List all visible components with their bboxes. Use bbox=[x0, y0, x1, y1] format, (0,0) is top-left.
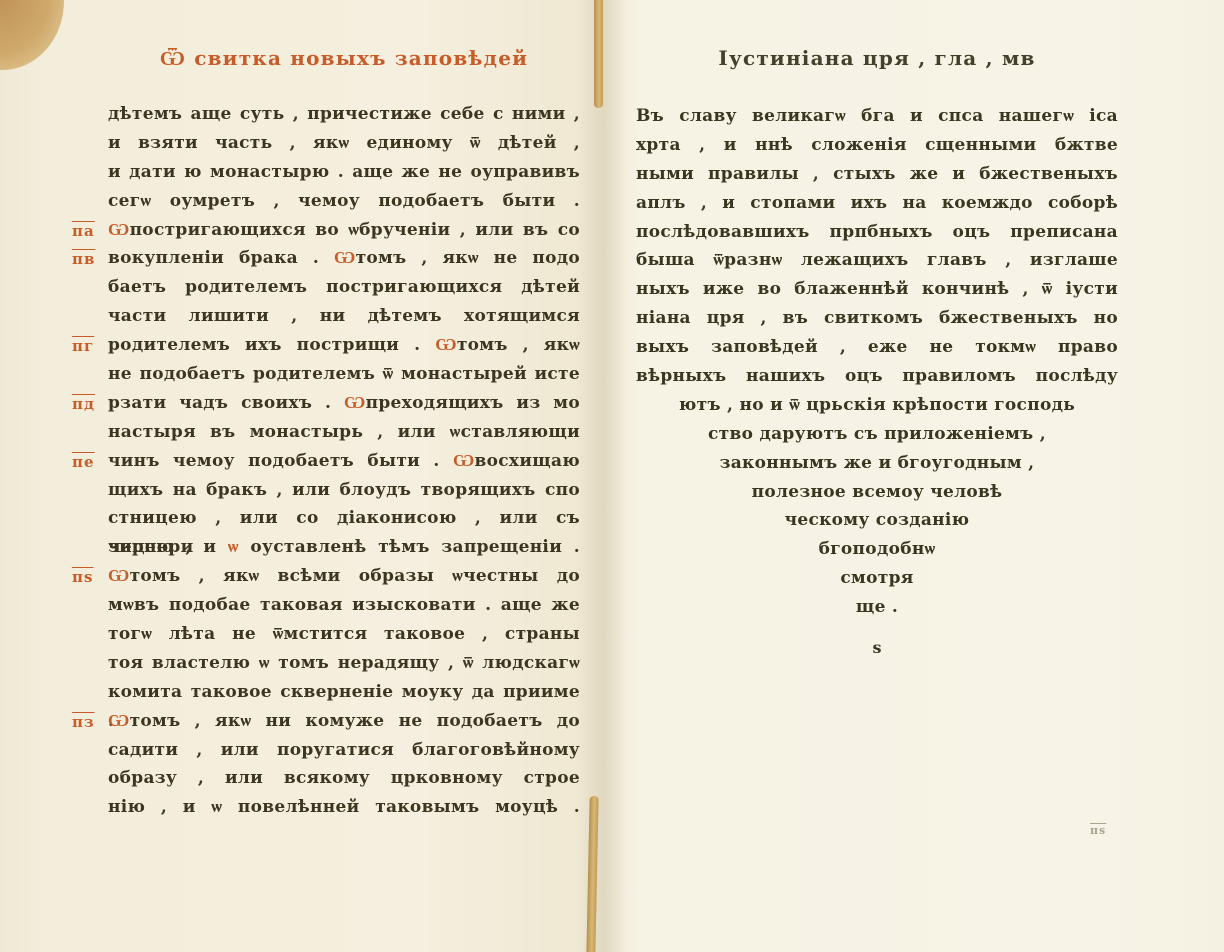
text-line: настыря въ монастырь , или ѡставляющи bbox=[108, 418, 580, 447]
text-segment: щихъ на бракъ , или блоудъ творящихъ спо bbox=[108, 480, 580, 500]
text-line: части лишити , ни дѣтемъ хотящимся bbox=[108, 302, 580, 331]
quire-signature-mark: пѕ bbox=[1090, 824, 1106, 837]
text-segment: ніана цря , въ свиткомъ бжественыхъ но bbox=[636, 308, 1118, 328]
text-line: садити , или поругатися благоговѣйному bbox=[108, 736, 580, 765]
text-segment: томъ , якѡ всѣми образы ѡчестны до bbox=[130, 566, 580, 586]
text-line: ще . bbox=[636, 593, 1118, 622]
text-segment: части лишити , ни дѣтемъ хотящимся bbox=[108, 306, 580, 326]
text-line: ютъ , но и ѿ црьскія крѣпости господь bbox=[636, 391, 1118, 420]
text-line: пдрзати чадъ своихъ . Ѡпреходящихъ из мо bbox=[108, 389, 580, 418]
book-scan-page: { "colors": { "paper_left": "#f3eedb", "… bbox=[0, 0, 1224, 952]
text-line: смотря bbox=[636, 564, 1118, 593]
text-line: комита таковое скверненіе моуку да приим… bbox=[108, 678, 580, 707]
rubricated-initial: Ѡ bbox=[108, 566, 130, 586]
rubricated-initial: Ѡ bbox=[344, 393, 366, 413]
text-line: не подобаетъ родителемъ ѿ монастырей ист… bbox=[108, 360, 580, 389]
text-segment: образу , или всякому црковному строе bbox=[108, 768, 580, 788]
text-segment: чинъ чемоу подобаетъ быти . bbox=[108, 451, 453, 471]
gutter-fold-line-top bbox=[594, 0, 603, 108]
text-segment: ныхъ иже во блаженнѣй кончинѣ , ѿ іусти bbox=[636, 279, 1118, 299]
margin-chapter-number: пд bbox=[72, 390, 95, 419]
text-segment: послѣдовавшихъ прпбныхъ оцъ преписана bbox=[636, 222, 1118, 242]
text-segment: Въ славу великагѡ бга и спса нашегѡ іса bbox=[636, 106, 1118, 126]
text-segment: постригающихся во ѡбрученіи , или въ со bbox=[130, 220, 580, 240]
text-segment: мѡвъ подобае таковая изысковати . аще же bbox=[108, 595, 580, 615]
text-line: ство даруютъ съ приложеніемъ , bbox=[636, 420, 1118, 449]
text-segment: баетъ родителемъ постригающихся дѣтей bbox=[108, 277, 580, 297]
text-line: полезное всемоу человѣ bbox=[636, 478, 1118, 507]
margin-chapter-number: пз bbox=[72, 708, 95, 737]
text-line: тоя властелю ѡ томъ нерадящу , ѿ людскаг… bbox=[108, 649, 580, 678]
text-segment: ство даруютъ съ приложеніемъ , bbox=[708, 424, 1046, 444]
rubricated-initial: Ѡ bbox=[108, 711, 130, 731]
text-segment: преходящихъ из мо bbox=[366, 393, 580, 413]
text-segment: полезное всемоу человѣ bbox=[752, 482, 1003, 502]
text-line: ныхъ иже во блаженнѣй кончинѣ , ѿ іусти bbox=[636, 275, 1118, 304]
margin-chapter-number: па bbox=[72, 217, 95, 246]
text-segment: томъ , якѡ bbox=[457, 335, 580, 355]
text-segment: томъ , якѡ не подо bbox=[356, 248, 580, 268]
text-segment: тогѡ лѣта не ѿмстится таковое , страны bbox=[108, 624, 580, 644]
text-segment: ческому созданію bbox=[785, 510, 970, 530]
text-line: Въ славу великагѡ бга и спса нашегѡ іса bbox=[636, 102, 1118, 131]
text-line: аплъ , и стопами ихъ на коемждо соборѣ bbox=[636, 189, 1118, 218]
text-segment: сегѡ оумретъ , чемоу подобаетъ быти . bbox=[108, 191, 580, 211]
text-segment: садити , или поругатися благоговѣйному bbox=[108, 740, 580, 760]
text-segment: выхъ заповѣдей , еже не токмѡ право bbox=[636, 337, 1118, 357]
text-line: и дати ю монастырю . аще же не оуправивъ bbox=[108, 158, 580, 187]
text-segment: оуставленѣ тѣмъ запрещеніи . bbox=[239, 537, 580, 557]
text-line: пгродителемъ ихъ пострищи . Ѡтомъ , якѡ bbox=[108, 331, 580, 360]
margin-chapter-number: пг bbox=[72, 332, 94, 361]
left-page-text-block: дѣтемъ аще суть , причестиже себе с ними… bbox=[108, 100, 580, 822]
text-segment: ными правилы , стыхъ же и бжественыхъ bbox=[636, 164, 1118, 184]
text-segment: хрта , и ннѣ сложенія сщенными бжтве bbox=[636, 135, 1118, 155]
text-line: образу , или всякому црковному строе bbox=[108, 764, 580, 793]
text-line: баетъ родителемъ постригающихся дѣтей bbox=[108, 273, 580, 302]
text-line: ческому созданію bbox=[636, 506, 1118, 535]
text-line: быша ѿразнѡ лежащихъ главъ , изглаше bbox=[636, 246, 1118, 275]
text-segment: ютъ , но и ѿ црьскія крѣпости господь bbox=[679, 395, 1075, 415]
text-line: выхъ заповѣдей , еже не токмѡ право bbox=[636, 333, 1118, 362]
text-segment: тоя властелю ѡ томъ нерадящу , ѿ людскаг… bbox=[108, 653, 580, 673]
text-segment: законнымъ же и бгоугодным , bbox=[720, 453, 1035, 473]
text-segment: настыря въ монастырь , или ѡставляющи bbox=[108, 422, 580, 442]
rubricated-initial: Ѡ bbox=[108, 220, 130, 240]
text-line: и взяти часть , якѡ единому ѿ дѣтей , bbox=[108, 129, 580, 158]
text-line: мѡвъ подобае таковая изысковати . аще же bbox=[108, 591, 580, 620]
text-segment: смотря bbox=[840, 568, 913, 588]
right-page-running-title: Іустиніана цря , гла , мв bbox=[636, 46, 1118, 70]
text-line: пввокупленіи брака . Ѡтомъ , якѡ не подо bbox=[108, 244, 580, 273]
text-line: нію , и ѡ повелѣнней таковымъ моуцѣ . bbox=[108, 793, 580, 822]
text-line: дѣтемъ аще суть , причестиже себе с ними… bbox=[108, 100, 580, 129]
text-segment: восхищаю bbox=[475, 451, 581, 471]
text-line: ніана цря , въ свиткомъ бжественыхъ но bbox=[636, 304, 1118, 333]
text-line: вѣрныхъ нашихъ оцъ правиломъ послѣду bbox=[636, 362, 1118, 391]
text-line: зицею , и ѡ оуставленѣ тѣмъ запрещеніи . bbox=[108, 533, 580, 562]
end-ornament: ѕ bbox=[636, 638, 1118, 657]
rubricated-initial: Ѡ bbox=[435, 335, 457, 355]
margin-chapter-number: пѕ bbox=[72, 563, 93, 592]
text-line: щихъ на бракъ , или блоудъ творящихъ спо bbox=[108, 476, 580, 505]
text-segment: ще . bbox=[856, 597, 898, 617]
margin-chapter-number: пв bbox=[72, 245, 95, 274]
text-line: законнымъ же и бгоугодным , bbox=[636, 449, 1118, 478]
text-line: сегѡ оумретъ , чемоу подобаетъ быти . bbox=[108, 187, 580, 216]
rubricated-initial: ѡ bbox=[228, 537, 239, 557]
text-line: пзѠтомъ , якѡ ни комуже не подобаетъ до bbox=[108, 707, 580, 736]
text-line: бгоподобнѡ bbox=[636, 535, 1118, 564]
rubricated-initial: Ѡ bbox=[453, 451, 475, 471]
text-segment: дѣтемъ аще суть , причестиже себе с ними… bbox=[108, 104, 580, 124]
text-segment: родителемъ ихъ пострищи . bbox=[108, 335, 435, 355]
text-segment: зицею , и bbox=[108, 537, 228, 557]
text-segment: томъ , якѡ ни комуже не подобаетъ до bbox=[130, 711, 580, 731]
left-page-running-title: Ѿ свитка новыхъ заповѣдей bbox=[108, 46, 580, 71]
text-segment: рзати чадъ своихъ . bbox=[108, 393, 344, 413]
right-page-text-block: Въ славу великагѡ бга и спса нашегѡ ісах… bbox=[636, 102, 1118, 622]
text-line: послѣдовавшихъ прпбныхъ оцъ преписана bbox=[636, 218, 1118, 247]
text-segment: не подобаетъ родителемъ ѿ монастырей ист… bbox=[108, 364, 580, 384]
text-line: стницею , или со діаконисою , или съ чер… bbox=[108, 504, 580, 533]
text-segment: вокупленіи брака . bbox=[108, 248, 334, 268]
text-line: пѕѠтомъ , якѡ всѣми образы ѡчестны до bbox=[108, 562, 580, 591]
text-segment: аплъ , и стопами ихъ на коемждо соборѣ bbox=[636, 193, 1118, 213]
text-line: печинъ чемоу подобаетъ быти . Ѡвосхищаю bbox=[108, 447, 580, 476]
text-segment: бгоподобнѡ bbox=[819, 539, 936, 559]
text-segment: нію , и ѡ повелѣнней таковымъ моуцѣ . bbox=[108, 797, 580, 817]
rubricated-initial: Ѡ bbox=[334, 248, 356, 268]
text-line: хрта , и ннѣ сложенія сщенными бжтве bbox=[636, 131, 1118, 160]
text-segment: и взяти часть , якѡ единому ѿ дѣтей , bbox=[108, 133, 580, 153]
gutter-fold-shadow bbox=[576, 0, 628, 952]
text-line: паѠпостригающихся во ѡбрученіи , или въ … bbox=[108, 216, 580, 245]
text-segment: вѣрныхъ нашихъ оцъ правиломъ послѣду bbox=[636, 366, 1118, 386]
margin-chapter-number: пе bbox=[72, 448, 95, 477]
text-line: ными правилы , стыхъ же и бжественыхъ bbox=[636, 160, 1118, 189]
text-segment: быша ѿразнѡ лежащихъ главъ , изглаше bbox=[636, 250, 1118, 270]
text-segment: и дати ю монастырю . аще же не оуправивъ bbox=[108, 162, 580, 182]
text-line: тогѡ лѣта не ѿмстится таковое , страны bbox=[108, 620, 580, 649]
